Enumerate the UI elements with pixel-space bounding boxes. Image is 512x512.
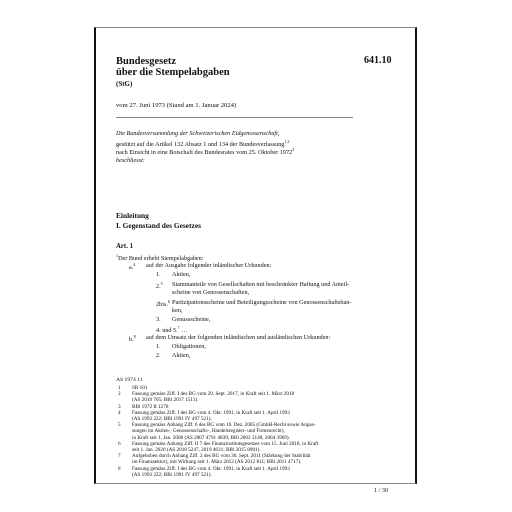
- b-item-text: Aktien,: [172, 352, 190, 359]
- article-para1: 1Der Bund erhebt Stempelabgaben:: [116, 253, 204, 262]
- law-title-line1: Bundesgesetz: [116, 56, 230, 67]
- footnote-ref[interactable]: 8: [134, 334, 136, 339]
- letter-b-label: b.8: [129, 334, 136, 343]
- a-item-text: Genussscheine,: [172, 316, 210, 323]
- preamble-line3: nach Einsicht in eine Botschaft des Bund…: [116, 147, 294, 156]
- letter-a-label: a.4: [129, 262, 135, 271]
- footnote-header: AS 1974 11: [116, 377, 143, 383]
- a-item-num: 3.: [156, 316, 161, 323]
- a-item-num: 4. und 5.7 …: [156, 325, 187, 334]
- footnote-number: 6: [118, 441, 121, 447]
- law-title: Bundesgesetz über die Stempelabgaben: [116, 56, 230, 78]
- a-item-num: 2.5: [156, 281, 163, 290]
- b-item-text: Obligationen,: [172, 343, 206, 350]
- footnote-number: 5: [118, 422, 121, 428]
- footnote-ref[interactable]: 4: [133, 262, 135, 267]
- title-rule: [116, 117, 353, 118]
- a-item-num: 1.: [156, 271, 161, 278]
- b-item-num: 2.: [156, 352, 161, 359]
- footnote-number: 2: [118, 391, 121, 397]
- a-item-num: 2bis.6: [156, 299, 170, 308]
- heading-section: I. Gegenstand des Gesetzes: [116, 221, 201, 230]
- letter-b-text: auf dem Umsatz der folgenden inländische…: [146, 334, 330, 341]
- b-item-num: 1.: [156, 343, 161, 350]
- a-item-text: Partizipationsscheine und Beteiligungssc…: [172, 299, 351, 306]
- article-title: Art. 1: [116, 243, 133, 250]
- law-title-line2: über die Stempelabgaben: [116, 67, 230, 78]
- a-item-text: Stammanteile von Gesellschaften mit besc…: [172, 281, 349, 288]
- footnote-text: (AS 1993 222; BBl 1991 IV 497 521).: [132, 472, 212, 478]
- letter-a-text: auf der Ausgabe folgender inländischer U…: [146, 262, 271, 269]
- preamble-line4: beschliesst:: [116, 157, 145, 164]
- a-item-cont: ken,: [172, 307, 182, 314]
- footnote-number: 8: [118, 466, 121, 472]
- footnote-number: 1: [118, 385, 121, 391]
- document-page: 641.10 Bundesgesetz über die Stempelabga…: [94, 27, 417, 484]
- preamble-line1: Die Bundesversammlung der Schweizerische…: [116, 130, 279, 137]
- a-item-text: Aktien,: [172, 271, 190, 278]
- heading-intro: Einleitung: [116, 211, 149, 220]
- law-abbreviation: (StG): [116, 80, 132, 88]
- date-line: vom 27. Juni 1973 (Stand am 1. Januar 20…: [116, 102, 236, 109]
- page-number: 1 / 30: [374, 487, 388, 494]
- a-item-cont: scheine von Genossenschaften,: [172, 289, 249, 296]
- sr-number: 641.10: [364, 55, 392, 66]
- footnote-number: 7: [118, 453, 121, 459]
- footnote-ref[interactable]: 1,2: [284, 139, 289, 144]
- footnote-number: 3: [118, 404, 121, 410]
- footnote-number: 4: [118, 410, 121, 416]
- footnote-ref[interactable]: 3: [292, 147, 294, 152]
